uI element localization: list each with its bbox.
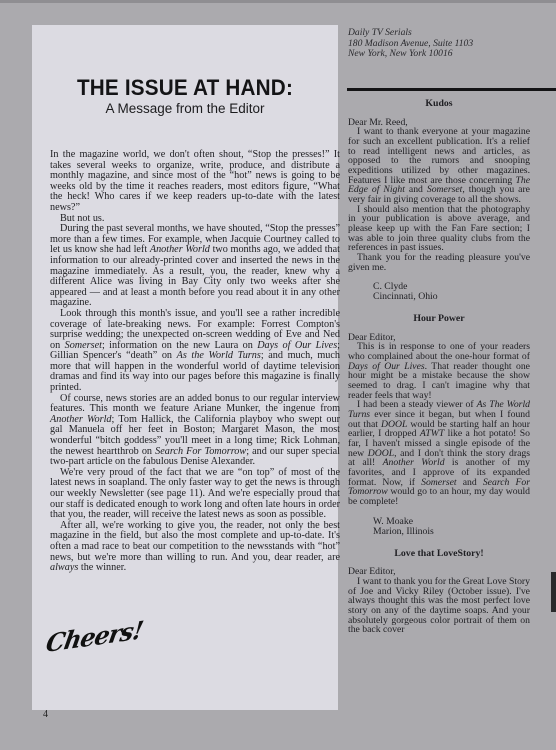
signoff-line: Cincinnati, Ohio [373, 292, 530, 302]
article-paragraph: During the past several months, we have … [50, 224, 340, 309]
editor-message-panel: THE ISSUE AT HAND: A Message from the Ed… [32, 25, 338, 710]
page-top-edge [0, 0, 556, 3]
address-line: New York, New York 10016 [348, 49, 548, 60]
text-run: I want to thank you for the Great Love S… [348, 576, 530, 635]
text-run: Of course, news stories are an added bon… [50, 393, 340, 415]
text-run: the winner. [78, 562, 126, 573]
page-edge-marker [551, 572, 556, 612]
page-number: 4 [43, 709, 48, 720]
italic-title: always [50, 562, 78, 573]
italic-title: Another World [50, 414, 112, 425]
reader-letter: Hour PowerDear Editor,This is in respons… [348, 314, 530, 536]
letters-column: KudosDear Mr. Reed,I want to thank every… [348, 97, 530, 635]
letter-paragraph: I had been a steady viewer of As The Wor… [348, 400, 530, 506]
italic-title: Another World [150, 244, 210, 255]
letter-paragraph: I want to thank everyone at your magazin… [348, 127, 530, 204]
article-paragraph: We're very proud of the fact that we are… [50, 468, 340, 521]
article-paragraph: Of course, news stories are an added bon… [50, 394, 340, 468]
reader-letter: Love that LoveStory!Dear Editor,I want t… [348, 549, 530, 635]
page-subtitle: A Message from the Editor [32, 101, 338, 116]
page-title: THE ISSUE AT HAND: [44, 75, 326, 101]
editor-article-body: In the magazine world, we don't often sh… [50, 150, 340, 574]
text-run: I should also mention that the photograp… [348, 204, 530, 254]
text-run: Thank you for the reading pleasure you'v… [348, 252, 530, 273]
mailing-address: Daily TV Serials 180 Madison Avenue, Sui… [348, 28, 548, 60]
text-run: ; information on the new Laura on [102, 340, 257, 351]
article-paragraph: In the magazine world, we don't often sh… [50, 150, 340, 214]
text-run: But not us. [60, 213, 104, 224]
italic-title: Search For Tomorrow [155, 446, 246, 457]
signoff-line: Marion, Illinois [373, 527, 530, 537]
letter-paragraph: This is in response to one of your reade… [348, 342, 530, 400]
letter-title: Kudos [348, 99, 530, 109]
section-divider [347, 88, 556, 91]
article-paragraph: Look through this month's issue, and you… [50, 309, 340, 394]
italic-title: Somerset [65, 340, 102, 351]
letter-paragraph: I should also mention that the photograp… [348, 205, 530, 253]
letter-paragraph: I want to thank you for the Great Love S… [348, 577, 530, 635]
text-run: I want to thank everyone at your magazin… [348, 126, 530, 185]
text-run: After all, we're working to give you, th… [50, 520, 340, 563]
reader-letter: KudosDear Mr. Reed,I want to thank every… [348, 99, 530, 302]
letter-title: Hour Power [348, 314, 530, 324]
text-run: This is in response to one of your reade… [348, 341, 530, 362]
italic-title: Days of Our Lives [257, 340, 337, 351]
italic-title: As the World Turns [177, 350, 261, 361]
letter-title: Love that LoveStory! [348, 549, 530, 559]
address-line: Daily TV Serials [348, 28, 548, 39]
article-paragraph: After all, we're working to give you, th… [50, 521, 340, 574]
text-run: We're very proud of the fact that we are… [50, 467, 340, 520]
text-run: In the magazine world, we don't often sh… [50, 149, 340, 213]
letter-signoff: W. MoakeMarion, Illinois [373, 517, 530, 537]
letter-signoff: C. ClydeCincinnati, Ohio [373, 282, 530, 302]
letter-paragraph: Thank you for the reading pleasure you'v… [348, 253, 530, 272]
